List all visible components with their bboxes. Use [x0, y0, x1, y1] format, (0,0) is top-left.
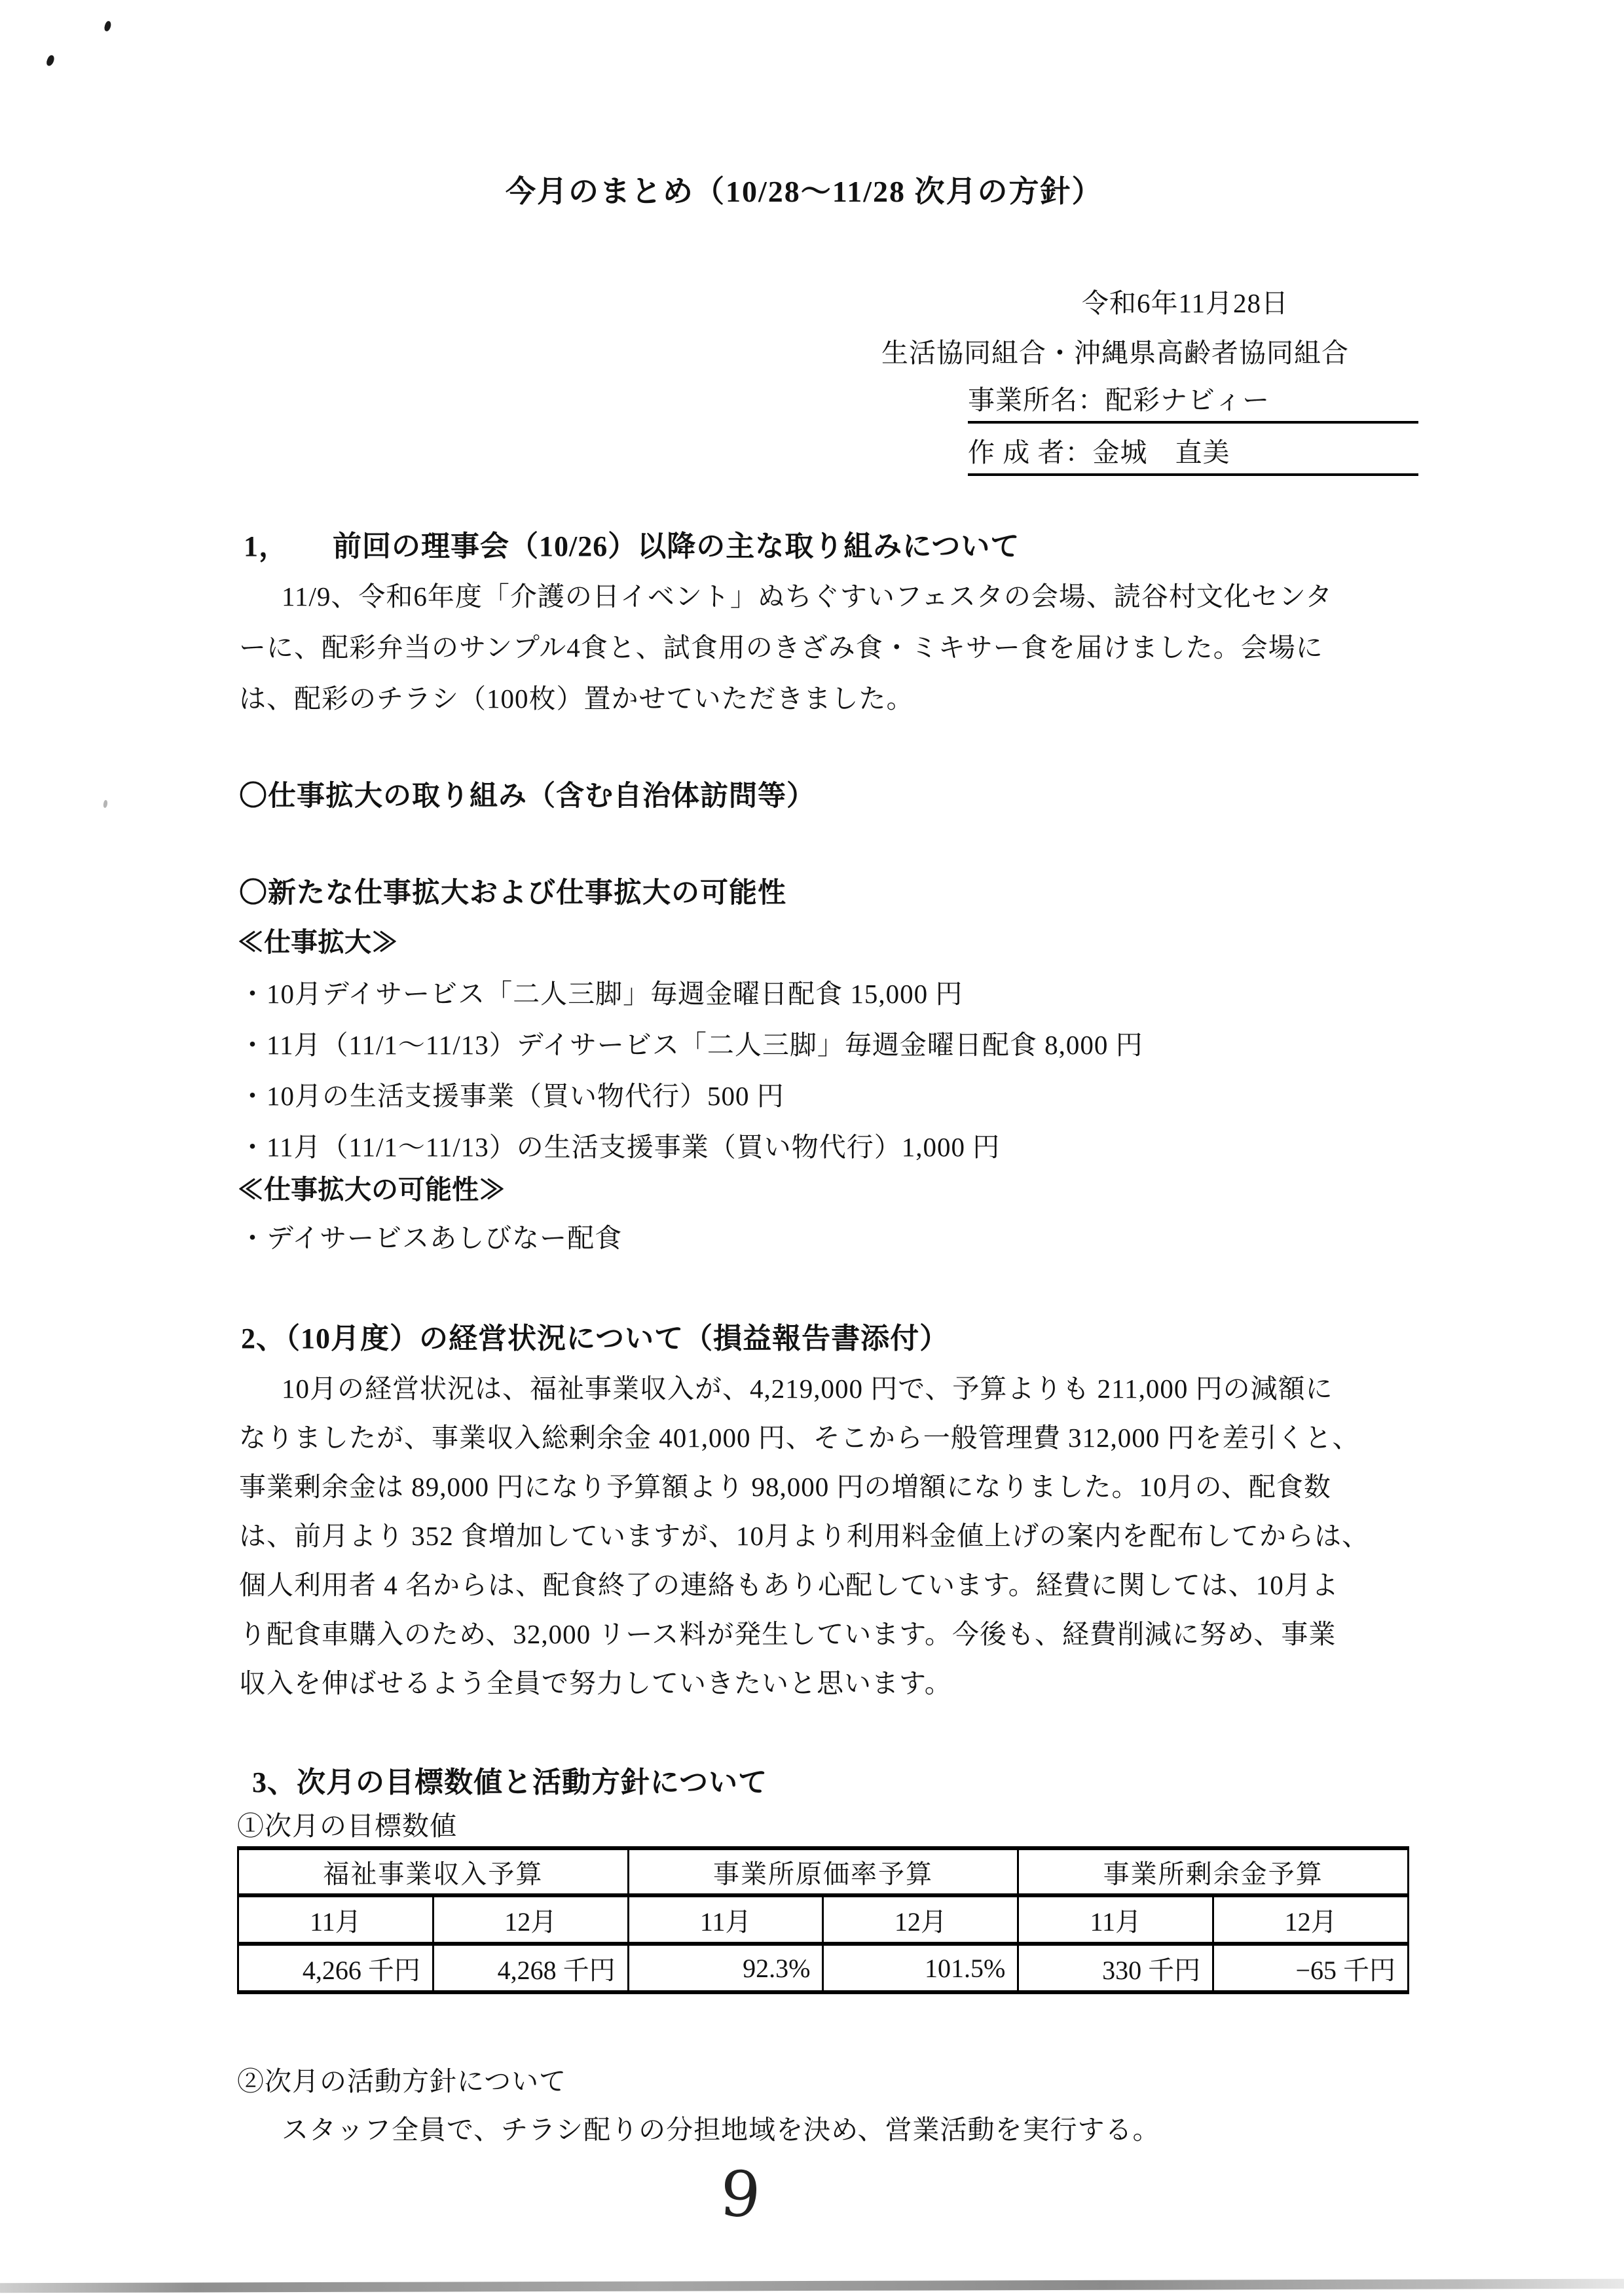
section2-line: 事業剰余金は 89,000 円になり予算額より 98,000 円の増額になりまし…	[239, 1465, 1331, 1504]
table-month-cell: 11月	[628, 1895, 823, 1944]
section2-line: 収入を伸ばせるよう全員で努力していきたいと思います。	[239, 1662, 952, 1700]
expansion-subheading: ≪仕事拡大≫	[237, 920, 398, 959]
scan-speck	[103, 800, 108, 809]
list-item: ・10月デイサービス「二人三脚」毎週金曜日配食 15,000 円	[239, 972, 963, 1011]
policy-label: ②次月の活動方針について	[237, 2060, 566, 2098]
expansion-possibility-subheading: ≪仕事拡大の可能性≫	[237, 1168, 506, 1207]
section1-line: 11/9、令和6年度「介護の日イベント」ぬちぐすいフェスタの会場、読谷村文化セン…	[282, 575, 1333, 613]
table-header-group: 事業所剰余金予算	[1018, 1848, 1409, 1895]
table-value-cell: 330 千円	[1018, 1944, 1213, 1992]
goal-label: ①次月の目標数値	[237, 1804, 457, 1843]
table-month-cell: 12月	[1213, 1895, 1409, 1944]
scan-artifact-bar	[0, 2279, 1624, 2293]
section3-heading: 3、次月の目標数値と活動方針について	[252, 1758, 767, 1800]
scan-speck	[103, 20, 113, 32]
table-value-cell: 92.3%	[628, 1944, 823, 1992]
table-header-group: 福祉事業収入予算	[238, 1848, 629, 1895]
page-title: 今月のまとめ（10/28～11/28 次月の方針）	[506, 168, 1103, 211]
author-name: 作 成 者：金城 直美	[968, 431, 1418, 476]
table-value-cell: 4,266 千円	[238, 1944, 434, 1992]
table-month-cell: 12月	[823, 1895, 1018, 1944]
goals-table-container: 福祉事業収入予算 事業所原価率予算 事業所剰余金予算 11月 12月 11月 1…	[237, 1846, 1409, 1994]
table-month-cell: 11月	[1018, 1895, 1213, 1944]
new-work-expansion-heading: 〇新たな仕事拡大および仕事拡大の可能性	[239, 871, 786, 911]
table-row: 11月 12月 11月 12月 11月 12月	[238, 1895, 1409, 1944]
table-row: 福祉事業収入予算 事業所原価率予算 事業所剰余金予算	[238, 1848, 1409, 1895]
list-item: ・11月（11/1～11/13）の生活支援事業（買い物代行）1,000 円	[239, 1125, 1000, 1164]
section2-line: り配食車購入のため、32,000 リース料が発生しています。今後も、経費削減に努…	[239, 1613, 1336, 1651]
table-value-cell: 4,268 千円	[433, 1944, 628, 1992]
list-item: ・11月（11/1～11/13）デイサービス「二人三脚」毎週金曜日配食 8,00…	[239, 1023, 1143, 1062]
section1-line: ーに、配彩弁当のサンプル4食と、試食用のきざみ食・ミキサー食を届けました。会場に	[239, 626, 1323, 665]
page-number: 9	[718, 2157, 763, 2232]
scanned-report-page: { "document": { "title": "今月のまとめ（10/28～1…	[0, 0, 1624, 2296]
section1-line: は、配彩のチラシ（100枚）置かせていただきました。	[239, 677, 914, 716]
section1-heading: 1， 前回の理事会（10/26）以降の主な取り組みについて	[244, 522, 1020, 564]
list-item: ・10月の生活支援事業（買い物代行）500 円	[239, 1074, 784, 1113]
scan-speck	[45, 54, 56, 67]
policy-body: スタッフ全員で、チラシ配りの分担地域を決め、営業活動を実行する。	[282, 2108, 1160, 2147]
table-row: 4,266 千円 4,268 千円 92.3% 101.5% 330 千円 −6…	[238, 1944, 1409, 1992]
section2-line: 個人利用者 4 名からは、配食終了の連絡もあり心配しています。経費に関しては、1…	[239, 1563, 1339, 1602]
section2-heading: 2、（10月度）の経営状況について（損益報告書添付）	[241, 1315, 949, 1357]
section2-line: なりましたが、事業収入総剰余金 401,000 円、そこから一般管理費 312,…	[239, 1416, 1360, 1455]
office-name: 事業所名：配彩ナビィー	[968, 378, 1418, 424]
document-date: 令和6年11月28日	[1082, 282, 1289, 320]
goals-table: 福祉事業収入予算 事業所原価率予算 事業所剰余金予算 11月 12月 11月 1…	[237, 1846, 1409, 1994]
section2-line: は、前月より 352 食増加していますが、10月より利用料金値上げの案内を配布し…	[239, 1514, 1369, 1553]
list-item: ・デイサービスあしびなー配食	[239, 1216, 622, 1255]
organization-name: 生活協同組合・沖縄県高齢者協同組合	[881, 331, 1349, 370]
table-header-group: 事業所原価率予算	[628, 1848, 1018, 1895]
table-value-cell: −65 千円	[1213, 1944, 1409, 1992]
table-month-cell: 11月	[238, 1895, 434, 1944]
work-expansion-heading: 〇仕事拡大の取り組み（含む自治体訪問等）	[239, 774, 815, 814]
table-value-cell: 101.5%	[823, 1944, 1018, 1992]
table-month-cell: 12月	[433, 1895, 628, 1944]
section2-line: 10月の経営状況は、福祉事業収入が、4,219,000 円で、予算よりも 211…	[282, 1367, 1333, 1406]
